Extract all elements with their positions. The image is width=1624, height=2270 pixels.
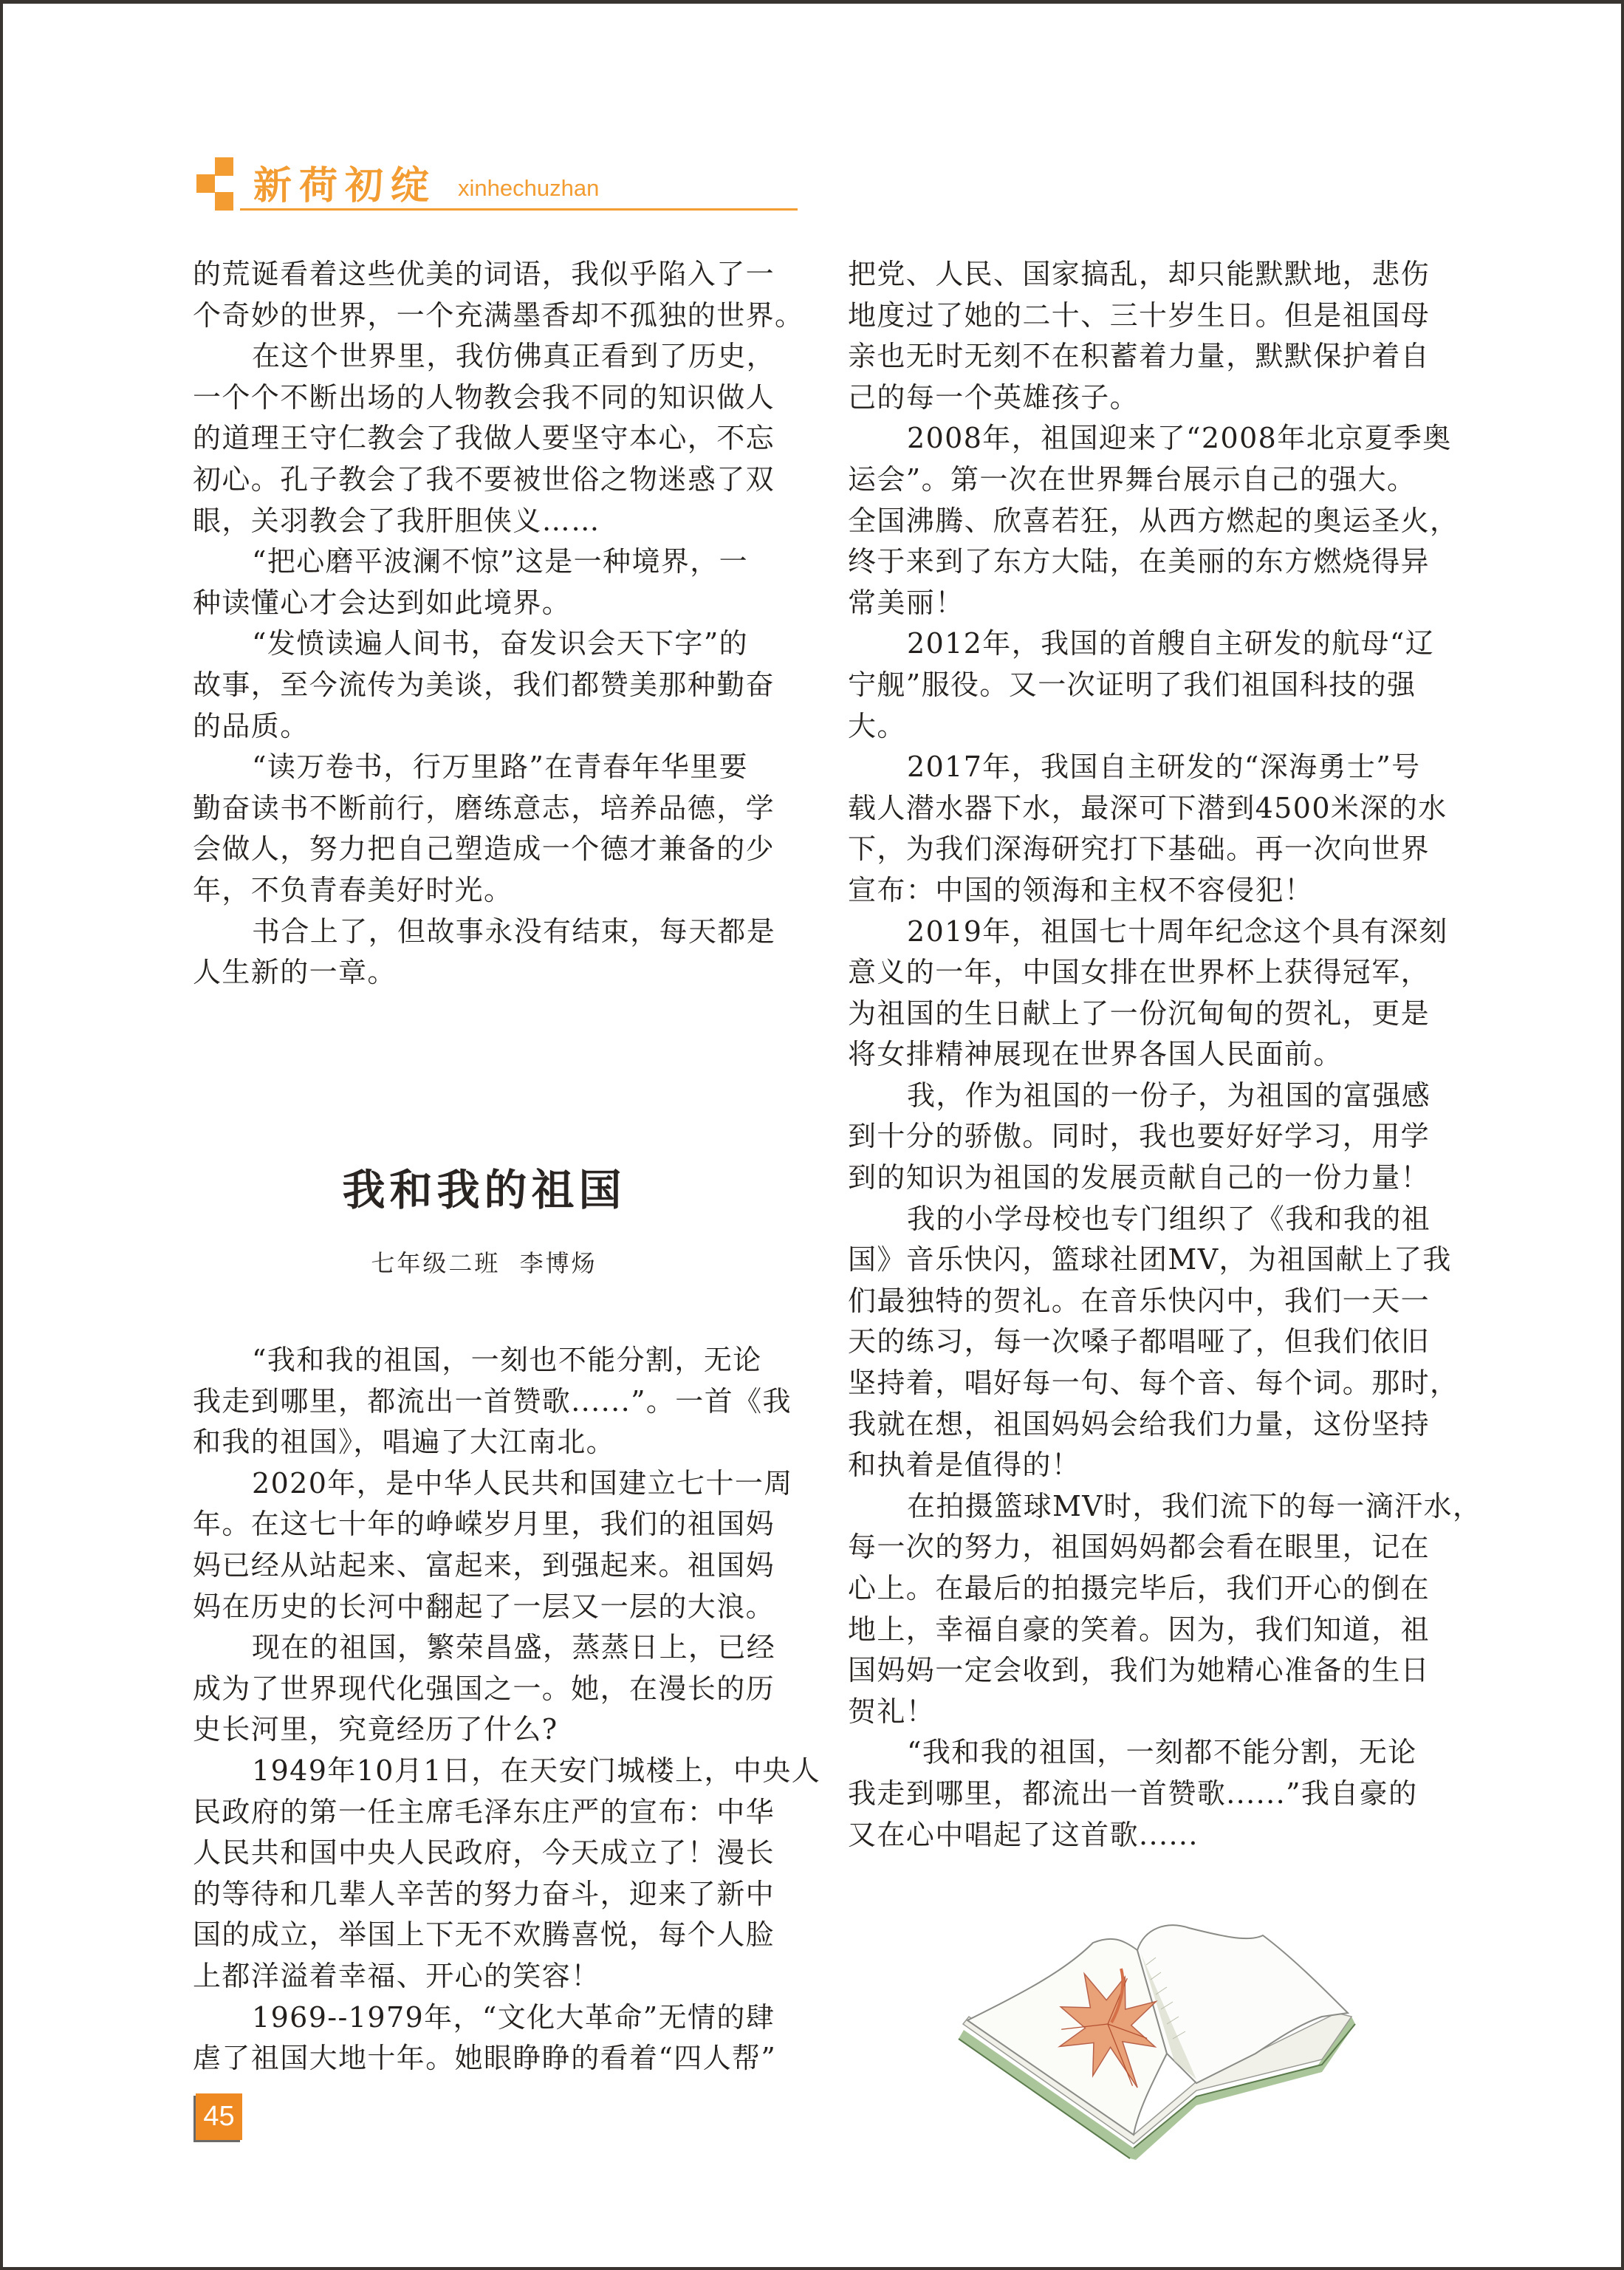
text-line: “把心磨平波澜不惊”这是一种境界，一 xyxy=(193,541,784,583)
text-line: “我和我的祖国，一刻也不能分割，无论 xyxy=(193,1340,784,1381)
text-line: 初心。孔子教会了我不要被世俗之物迷惑了双 xyxy=(193,459,784,501)
text-line: 为祖国的生日献上了一份沉甸甸的贺礼，更是 xyxy=(848,994,1439,1035)
text-line: 全国沸腾、欣喜若狂，从西方燃起的奥运圣火， xyxy=(848,501,1439,542)
text-line: 国妈妈一定会收到，我们为她精心准备的生日 xyxy=(848,1650,1439,1692)
text-line: 己的每一个英雄孩子。 xyxy=(848,377,1439,419)
text-line: 到的知识为祖国的发展贡献自己的一份力量！ xyxy=(848,1158,1439,1199)
text-line: 勤奋读书不断前行，磨练意志，培养品德，学 xyxy=(193,788,784,830)
text-line: 2008年，祖国迎来了“2008年北京夏季奥 xyxy=(848,418,1439,459)
text-line: 宣布：中国的领海和主权不容侵犯！ xyxy=(848,870,1439,912)
text-line: 载人潜水器下水，最深可下潜到4500米深的水 xyxy=(848,788,1439,830)
text-line: 2019年，祖国七十周年纪念这个具有深刻 xyxy=(848,912,1439,953)
text-line: 意义的一年，中国女排在世界杯上获得冠军， xyxy=(848,952,1439,994)
text-line: 我走到哪里，都流出一首赞歌......”我自豪的 xyxy=(848,1774,1439,1815)
text-line: 妈在历史的长河中翻起了一层又一层的大浪。 xyxy=(193,1587,784,1628)
text-line: 的品质。 xyxy=(193,706,784,748)
text-line: 坚持着，唱好每一句、每个音、每个词。那时， xyxy=(848,1363,1439,1404)
logo-square-top xyxy=(215,157,233,176)
text-line: 的道理王守仁教会了我做人要坚守本心，不忘 xyxy=(193,418,784,459)
text-line: 将女排精神展现在世界各国人民面前。 xyxy=(848,1034,1439,1076)
text-line: 民政府的第一任主席毛泽东庄严的宣布：中华 xyxy=(193,1792,784,1833)
text-line: 把党、人民、国家搞乱，却只能默默地，悲伤 xyxy=(848,254,1439,295)
article-byline: 七年级二班 李博炀 xyxy=(193,1247,775,1279)
text-line: 1969--1979年，“文化大革命”无情的肆 xyxy=(193,1997,784,2039)
header-underline xyxy=(240,208,798,211)
section-title: 新荷初绽 xyxy=(253,164,436,208)
article-title: 我和我的祖国 xyxy=(193,1163,775,1217)
text-line: “我和我的祖国，一刻都不能分割，无论 xyxy=(848,1732,1439,1774)
text-line: 成为了世界现代化强国之一。她，在漫长的历 xyxy=(193,1669,784,1710)
text-line: 人民共和国中央人民政府，今天成立了！漫长 xyxy=(193,1833,784,1874)
left-column-previous-article: 的荒诞看着这些优美的词语，我似乎陷入了一个奇妙的世界，一个充满墨香却不孤独的世界… xyxy=(193,254,784,994)
text-line: 贺礼！ xyxy=(848,1692,1439,1733)
text-line: 国的成立，举国上下无不欢腾喜悦，每个人脸 xyxy=(193,1915,784,1956)
text-line: 终于来到了东方大陆，在美丽的东方燃烧得异 xyxy=(848,541,1439,583)
logo-square-left xyxy=(196,174,215,193)
text-line: 每一次的努力，祖国妈妈都会看在眼里，记在 xyxy=(848,1527,1439,1568)
text-line: 上都洋溢着幸福、开心的笑容！ xyxy=(193,1956,784,1997)
text-line: 和执着是值得的！ xyxy=(848,1445,1439,1486)
text-line: 在拍摄篮球MV时，我们流下的每一滴汗水， xyxy=(848,1486,1439,1528)
text-line: 地上，幸福自豪的笑着。因为，我们知道，祖 xyxy=(848,1610,1439,1651)
text-line: 我就在想，祖国妈妈会给我们力量，这份坚持 xyxy=(848,1404,1439,1446)
text-line: “读万卷书，行万里路”在青春年华里要 xyxy=(193,747,784,788)
text-line: 眼，关羽教会了我肝胆侠义…… xyxy=(193,501,784,542)
text-line: 地度过了她的二十、三十岁生日。但是祖国母 xyxy=(848,295,1439,337)
text-line: 的荒诞看着这些优美的词语，我似乎陷入了一 xyxy=(193,254,784,295)
text-line: 年，不负青春美好时光。 xyxy=(193,870,784,912)
text-line: 们最独特的贺礼。在音乐快闪中，我们一天一 xyxy=(848,1281,1439,1322)
logo-square-bottom xyxy=(215,192,233,211)
text-line: 人生新的一章。 xyxy=(193,952,784,994)
text-line: 虐了祖国大地十年。她眼睁睁的看着“四人帮” xyxy=(193,2038,784,2079)
text-line: 宁舰”服役。又一次证明了我们祖国科技的强 xyxy=(848,665,1439,706)
page-number-badge: 45 xyxy=(196,2093,242,2140)
text-line: 书合上了，但故事永没有结束，每天都是 xyxy=(193,912,784,953)
text-line: 国》音乐快闪，篮球社团MV，为祖国献上了我 xyxy=(848,1240,1439,1281)
text-line: 运会”。第一次在世界舞台展示自己的强大。 xyxy=(848,459,1439,501)
text-line: 我的小学母校也专门组织了《我和我的祖 xyxy=(848,1199,1439,1240)
section-pinyin: xinhechuzhan xyxy=(458,174,599,203)
text-line: 2017年，我国自主研发的“深海勇士”号 xyxy=(848,747,1439,788)
text-line: 史长河里，究竟经历了什么? xyxy=(193,1709,784,1751)
text-line: 种读懂心才会达到如此境界。 xyxy=(193,583,784,624)
article-left-column: “我和我的祖国，一刻也不能分割，无论我走到哪里，都流出一首赞歌......”。一… xyxy=(193,1340,784,2079)
text-line: 到十分的骄傲。同时，我也要好好学习，用学 xyxy=(848,1116,1439,1158)
text-line: 一个个不断出场的人物教会我不同的知识做人 xyxy=(193,377,784,419)
text-line: 下，为我们深海研究打下基础。再一次向世界 xyxy=(848,829,1439,870)
text-line: 常美丽！ xyxy=(848,583,1439,624)
text-line: 我走到哪里，都流出一首赞歌......”。一首《我 xyxy=(193,1381,784,1423)
text-line: 又在心中唱起了这首歌...... xyxy=(848,1815,1439,1856)
text-line: 亲也无时无刻不在积蓄着力量，默默保护着自 xyxy=(848,336,1439,377)
text-line: 的等待和几辈人辛苦的努力奋斗，迎来了新中 xyxy=(193,1874,784,1915)
text-line: 1949年10月1日，在天安门城楼上，中央人 xyxy=(193,1751,784,1792)
text-line: 心上。在最后的拍摄完毕后，我们开心的倒在 xyxy=(848,1568,1439,1610)
text-line: 大。 xyxy=(848,706,1439,748)
open-book-maple-leaf-icon xyxy=(953,1913,1366,2164)
text-line: 会做人，努力把自己塑造成一个德才兼备的少 xyxy=(193,829,784,870)
text-line: 2012年，我国的首艘自主研发的航母“辽 xyxy=(848,623,1439,665)
text-line: 我，作为祖国的一份子，为祖国的富强感 xyxy=(848,1076,1439,1117)
text-line: 年。在这七十年的峥嵘岁月里，我们的祖国妈 xyxy=(193,1504,784,1545)
text-line: 在这个世界里，我仿佛真正看到了历史， xyxy=(193,336,784,377)
text-line: 现在的祖国，繁荣昌盛，蒸蒸日上，已经 xyxy=(193,1627,784,1669)
text-line: “发愤读遍人间书，奋发识会天下字”的 xyxy=(193,623,784,665)
text-line: 2020年，是中华人民共和国建立七十一周 xyxy=(193,1463,784,1505)
text-line: 妈已经从站起来、富起来，到强起来。祖国妈 xyxy=(193,1545,784,1587)
text-line: 故事，至今流传为美谈，我们都赞美那种勤奋 xyxy=(193,665,784,706)
article-right-column: 把党、人民、国家搞乱，却只能默默地，悲伤地度过了她的二十、三十岁生日。但是祖国母… xyxy=(848,254,1439,1856)
text-line: 个奇妙的世界，一个充满墨香却不孤独的世界。 xyxy=(193,295,784,337)
text-line: 和我的祖国》，唱遍了大江南北。 xyxy=(193,1422,784,1463)
text-line: 天的练习，每一次嗓子都唱哑了，但我们依旧 xyxy=(848,1322,1439,1363)
